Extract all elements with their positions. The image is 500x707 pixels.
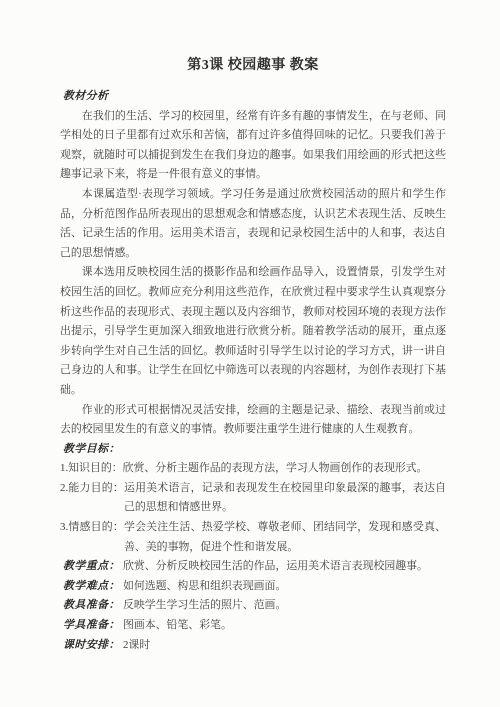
paragraph: 在我们的生活、学习的校园里，经常有许多有趣的事情发生，在与老师、同学相处的日子里… — [60, 107, 446, 185]
info-line: 教具准备：反映学生学习生活的照片、范画。 — [60, 596, 446, 616]
paragraph: 本课属造型·表现学习领域。学习任务是通过欣赏校园活动的照片和学生作品，分析范图作… — [60, 185, 446, 263]
objective-text: 学会关注生活、热爱学校、尊敬老师、团结同学，发现和感受真、善、美的事物，促进个性… — [124, 521, 446, 553]
info-text: 反映学生学习生活的照片、范画。 — [123, 599, 286, 611]
info-line: 教学难点：如何选题、构思和组织表现画面。 — [60, 577, 446, 597]
objective-item: 3.情感目的：学会关注生活、热爱学校、尊敬老师、团结同学，发现和感受真、善、美的… — [60, 518, 446, 557]
info-label: 教学重点： — [63, 560, 120, 572]
objective-item: 1.知识目的：欣赏、分析主题作品的表现方法，学习人物画创作的表现形式。 — [60, 459, 446, 479]
info-line: 教学重点：欣赏、分析反映校园生活的作品，运用美术语言表现校园趣事。 — [60, 557, 446, 577]
info-label: 教具准备： — [63, 599, 120, 611]
paragraph: 作业的形式可根据情况灵活安排，绘画的主题是记录、描绘、表现当前或过去的校园里发生… — [60, 401, 446, 440]
info-label: 教学难点： — [63, 580, 120, 592]
info-label: 课时安排： — [63, 639, 120, 651]
info-text: 如何选题、构思和组织表现画面。 — [123, 580, 286, 592]
section-heading: 教学目标： — [60, 440, 446, 460]
objective-label: 1.知识目的： — [60, 462, 123, 474]
objective-label: 2.能力目的： — [60, 482, 124, 494]
document-body: 教材分析在我们的生活、学习的校园里，经常有许多有趣的事情发生，在与老师、同学相处… — [60, 87, 446, 655]
document-title: 第3课 校园趣事 教案 — [60, 57, 446, 75]
objective-label: 3.情感目的： — [60, 521, 124, 533]
info-line: 学具准备：图画本、铅笔、彩笔。 — [60, 616, 446, 636]
info-label: 学具准备： — [63, 619, 120, 631]
objective-item: 2.能力目的：运用美术语言，记录和表现发生在校园里印象最深的趣事，表达自己的思想… — [60, 479, 446, 518]
document-page: 第3课 校园趣事 教案 教材分析在我们的生活、学习的校园里，经常有许多有趣的事情… — [0, 0, 500, 707]
objective-text: 欣赏、分析主题作品的表现方法，学习人物画创作的表现形式。 — [123, 462, 428, 474]
section-heading: 教材分析 — [60, 87, 446, 107]
info-line: 课时安排：2课时 — [60, 636, 446, 656]
paragraph: 课本选用反映校园生活的摄影作品和绘画作品导入，设置情景，引发学生对校园生活的回忆… — [60, 263, 446, 400]
info-text: 欣赏、分析反映校园生活的作品，运用美术语言表现校园趣事。 — [123, 560, 428, 572]
objective-text: 运用美术语言，记录和表现发生在校园里印象最深的趣事，表达自己的思想和情感世界。 — [124, 482, 446, 514]
info-text: 2课时 — [123, 639, 150, 651]
info-text: 图画本、铅笔、彩笔。 — [123, 619, 232, 631]
